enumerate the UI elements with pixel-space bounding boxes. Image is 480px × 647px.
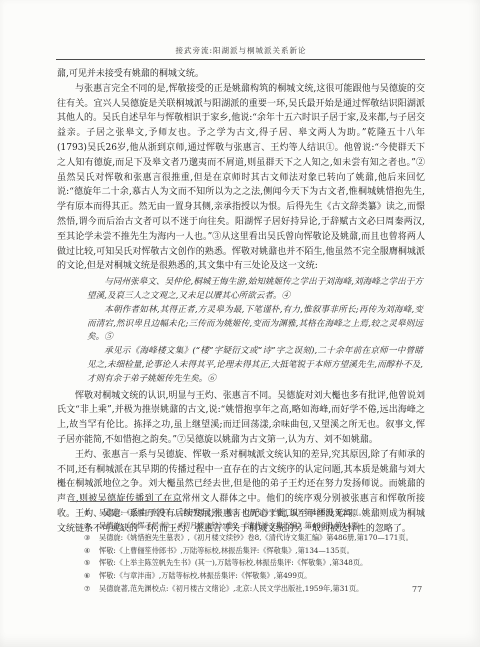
footnote-number: ⑥ bbox=[84, 570, 99, 583]
footnote-text: 吴德旋:《与恽子居书》,《初月楼文钞》卷2,《清代诗文集汇编》第486册,第14… bbox=[99, 520, 426, 533]
footnote-item: ⑦ 吴德旋著,范先渊校点:《初月楼古文绪论》,北京:人民文学出版社,1959年,… bbox=[84, 583, 426, 596]
footnote-text: 恽敬:《与章沣南》,万陆等标校,林振岳集评:《恽敬集》,第499页。 bbox=[99, 570, 426, 583]
body-paragraph: 与张惠言完全不同的是,恽敬接受的正是姚鼐构筑的桐城文统,这很可能跟他与吴德旋的交… bbox=[57, 82, 425, 274]
footnote-number: ⑤ bbox=[84, 557, 99, 570]
footnote-number: ⑦ bbox=[84, 583, 99, 596]
footnote-item: ① 吴德旋:《送恽子居序》,《初月楼文钞》卷3,《清代诗文集汇编》第486册,第… bbox=[84, 507, 426, 520]
footnote-separator-rule bbox=[70, 501, 182, 502]
footnote-item: ⑥ 恽敬:《与章沣南》,万陆等标校,林振岳集评:《恽敬集》,第499页。 bbox=[84, 570, 426, 583]
body-paragraph: 鼐,可见并未接受有姚鼐的桐城文统。 bbox=[57, 67, 425, 82]
quote-paragraph: 本朝作者如林,其得正者,方灵皋为最,下笔谨朴,有力,惟叙事非所长;再传为刘海峰,… bbox=[87, 304, 423, 345]
footnote-text: 恽敬:《上举主陈笠帆先生书》(其一),万陆等标校,林振岳集评:《恽敬集》,第34… bbox=[99, 557, 426, 570]
header-rule bbox=[56, 59, 425, 60]
footnote-number: ① bbox=[84, 507, 99, 520]
footnote-item: ⑤ 恽敬:《上举主陈笠帆先生书》(其一),万陆等标校,林振岳集评:《恽敬集》,第… bbox=[84, 557, 426, 570]
page-number: 77 bbox=[412, 585, 422, 594]
footnote-item: ② 吴德旋:《与恽子居书》,《初月楼文钞》卷2,《清代诗文集汇编》第486册,第… bbox=[84, 520, 426, 533]
running-header: 接武旁流:阳湖派与桐城派关系新论 bbox=[57, 45, 425, 56]
footnote-number: ④ bbox=[84, 545, 99, 558]
scanned-paper-page: 接武旁流:阳湖派与桐城派关系新论 鼐,可见并未接受有姚鼐的桐城文统。 与张惠言完… bbox=[0, 0, 480, 647]
footnote-item: ③ 吴德旋:《姚惜抱先生墓表》,《初月楼文续钞》卷8,《清代诗文集汇编》第486… bbox=[84, 532, 426, 545]
body-paragraph: 恽敬对桐城文统的认识,明显与王灼、张惠言不同。吴德旋对刘大櫆也多有批评,他曾说刘… bbox=[57, 389, 425, 448]
quote-paragraph: 承见示《海峰楼文集》(“楼”字疑衍文或“诗”字之误刻),二十余年前在京师一中曾睹… bbox=[87, 345, 423, 386]
footnotes-list: ① 吴德旋:《送恽子居序》,《初月楼文钞》卷3,《清代诗文集汇编》第486册,第… bbox=[84, 507, 426, 595]
footnote-number: ③ bbox=[84, 532, 99, 545]
footnote-text: 吴德旋:《姚惜抱先生墓表》,《初月楼文续钞》卷8,《清代诗文集汇编》第486册,… bbox=[99, 532, 426, 545]
block-quote: 与同州张皋文、吴仲伦,桐城王悔生游,始知姚姬传之学出于刘海峰,刘海峰之学出于方望… bbox=[87, 276, 423, 386]
footnote-number: ② bbox=[84, 520, 99, 533]
quote-paragraph: 与同州张皋文、吴仲伦,桐城王悔生游,始知姚姬传之学出于刘海峰,刘海峰之学出于方望… bbox=[87, 276, 423, 304]
footnote-text: 恽敬:《上曹俪笙侍郎书》,万陆等标校,林振岳集评:《恽敬集》,第134—135页… bbox=[99, 545, 426, 558]
footnote-text: 吴德旋:《送恽子居序》,《初月楼文钞》卷3,《清代诗文集汇编》第486册,第25… bbox=[99, 507, 426, 520]
footnote-item: ④ 恽敬:《上曹俪笙侍郎书》,万陆等标校,林振岳集评:《恽敬集》,第134—13… bbox=[84, 545, 426, 558]
footnote-text: 吴德旋著,范先渊校点:《初月楼古文绪论》,北京:人民文学出版社,1959年,第3… bbox=[99, 583, 426, 596]
article-body: 鼐,可见并未接受有姚鼐的桐城文统。 与张惠言完全不同的是,恽敬接受的正是姚鼐构筑… bbox=[57, 67, 425, 537]
